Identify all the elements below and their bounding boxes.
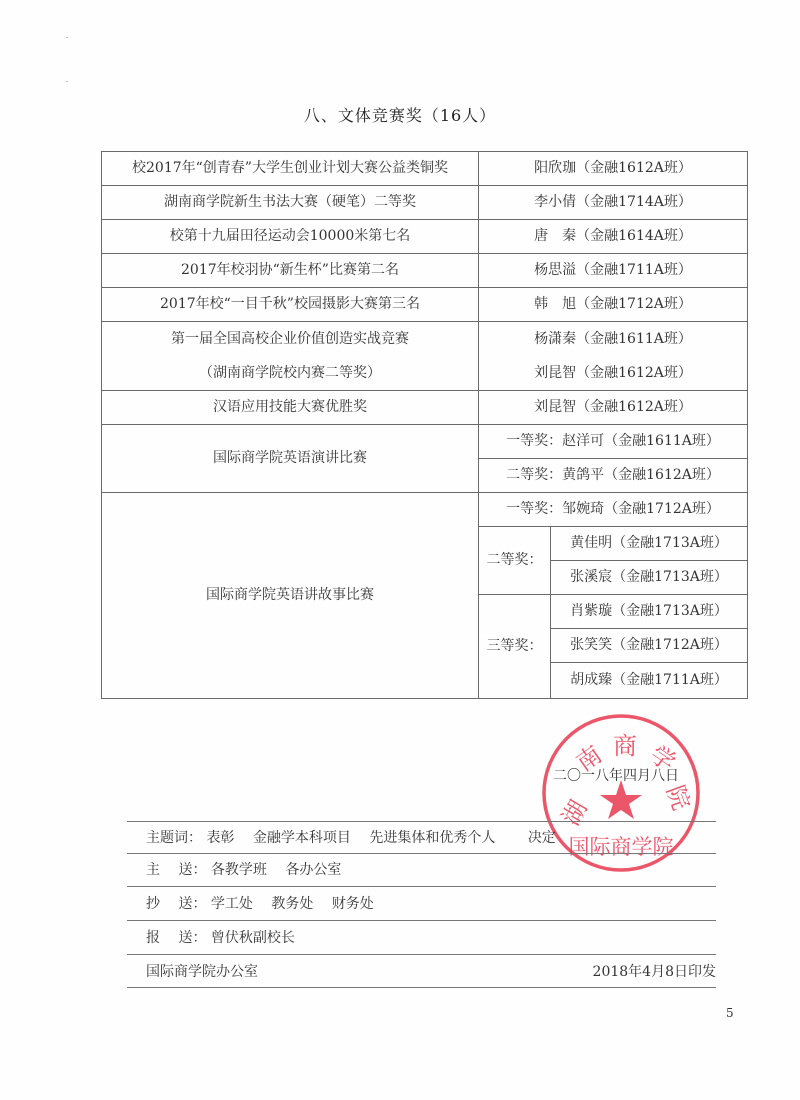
event-cell: 校第十九届田径运动会10000米第七名 <box>102 220 479 254</box>
winner-cell: 韩 旭（金融1712A班） <box>479 288 748 322</box>
keywords-row: 主题词： 表彰 金融学本科项目 先进集体和优秀个人 决定 <box>127 821 716 853</box>
winner-cell: 阳欣珈（金融1612A班） <box>479 152 748 186</box>
table-row: 2017年校“一目千秋”校园摄影大赛第三名 韩 旭（金融1712A班） <box>102 288 748 322</box>
winner-cell: 唐 秦（金融1614A班） <box>479 220 748 254</box>
prize-level-cell: 二等奖： <box>479 527 551 595</box>
event-cell: 国际商学院英语演讲比赛 <box>102 425 479 493</box>
table-row: 2017年校羽协“新生杯”比赛第二名 杨思溢（金融1711A班） <box>102 254 748 288</box>
cc-recipient: 教务处 <box>271 896 313 912</box>
scan-artifact <box>66 37 68 38</box>
winner-cell: 一等奖：邹婉琦（金融1712A班） <box>479 493 748 527</box>
recipient: 各教学班 <box>211 862 267 878</box>
section-title: 八、文体竞赛奖（16人） <box>0 103 800 126</box>
winner-cell: 张溪宸（金融1713A班） <box>551 561 748 595</box>
cc-label: 抄 <box>146 896 160 912</box>
issuer: 国际商学院办公室 <box>146 964 258 980</box>
page-number: 5 <box>726 1006 734 1020</box>
keywords-label: 主题词： <box>146 830 202 846</box>
winner-cell: 杨潇秦（金融1611A班） 刘昆智（金融1612A班） <box>479 322 748 391</box>
cc-row: 抄 送： 学工处 教务处 财务处 <box>127 886 716 920</box>
winner-line: 刘昆智（金融1612A班） <box>479 356 747 390</box>
winner-line: 杨潇秦（金融1611A班） <box>479 322 747 356</box>
awards-table: 校2017年“创青春”大学生创业计划大赛公益类铜奖 阳欣珈（金融1612A班） … <box>101 151 748 699</box>
cc-recipient: 财务处 <box>332 896 374 912</box>
recipient: 各办公室 <box>285 862 341 878</box>
report-label-suffix: 送： <box>178 930 206 946</box>
signature-date: 二〇一八年四月八日 <box>553 765 679 785</box>
winner-cell: 二等奖：黄鸽平（金融1612A班） <box>479 459 748 493</box>
main-send-label: 主 <box>146 862 160 878</box>
keyword: 金融学本科项目 <box>253 830 351 846</box>
document-footer: 主题词： 表彰 金融学本科项目 先进集体和优秀个人 决定 主 送： 各教学班 各… <box>127 821 716 988</box>
svg-text:院: 院 <box>661 782 696 814</box>
keyword: 决定 <box>528 830 556 846</box>
winner-cell: 杨思溢（金融1711A班） <box>479 254 748 288</box>
main-send-label-suffix: 送： <box>178 862 206 878</box>
event-cell: 2017年校羽协“新生杯”比赛第二名 <box>102 254 479 288</box>
winner-cell: 肖紫璇（金融1713A班） <box>551 595 748 629</box>
event-cell: 2017年校“一目千秋”校园摄影大赛第三名 <box>102 288 479 322</box>
main-send-row: 主 送： 各教学班 各办公室 <box>127 853 716 886</box>
issue-date: 2018年4月8日印发 <box>593 955 716 989</box>
event-line-2: （湖南商学院校内赛二等奖） <box>102 356 478 390</box>
table-row: 第一届全国高校企业价值创造实战竞赛 （湖南商学院校内赛二等奖） 杨潇秦（金融16… <box>102 322 748 391</box>
table-row: 湖南商学院新生书法大赛（硬笔）二等奖 李小倩（金融1714A班） <box>102 186 748 220</box>
svg-text:商: 商 <box>613 732 637 760</box>
cc-label-suffix: 送： <box>178 896 206 912</box>
report-row: 报 送： 曾伏秋副校长 <box>127 920 716 954</box>
winner-cell: 刘昆智（金融1612A班） <box>479 391 748 425</box>
winner-cell: 一等奖：赵洋可（金融1611A班） <box>479 425 748 459</box>
table-row: 国际商学院英语演讲比赛 一等奖：赵洋可（金融1611A班） <box>102 425 748 459</box>
table-row: 国际商学院英语讲故事比赛 一等奖：邹婉琦（金融1712A班） <box>102 493 748 527</box>
report-recipient: 曾伏秋副校长 <box>211 930 295 946</box>
event-cell: 国际商学院英语讲故事比赛 <box>102 493 479 699</box>
issuer-row: 国际商学院办公室 2018年4月8日印发 <box>127 954 716 988</box>
event-line-1: 第一届全国高校企业价值创造实战竞赛 <box>102 322 478 356</box>
winner-cell: 李小倩（金融1714A班） <box>479 186 748 220</box>
table-row: 校2017年“创青春”大学生创业计划大赛公益类铜奖 阳欣珈（金融1612A班） <box>102 152 748 186</box>
winner-cell: 胡成臻（金融1711A班） <box>551 663 748 699</box>
event-cell: 第一届全国高校企业价值创造实战竞赛 （湖南商学院校内赛二等奖） <box>102 322 479 391</box>
prize-level-cell: 三等奖： <box>479 595 551 699</box>
winner-cell: 黄佳明（金融1713A班） <box>551 527 748 561</box>
event-cell: 校2017年“创青春”大学生创业计划大赛公益类铜奖 <box>102 152 479 186</box>
keyword: 先进集体和优秀个人 <box>369 830 495 846</box>
table-row: 汉语应用技能大赛优胜奖 刘昆智（金融1612A班） <box>102 391 748 425</box>
event-cell: 湖南商学院新生书法大赛（硬笔）二等奖 <box>102 186 479 220</box>
table-row: 校第十九届田径运动会10000米第七名 唐 秦（金融1614A班） <box>102 220 748 254</box>
winner-cell: 张笑笑（金融1712A班） <box>551 629 748 663</box>
event-cell: 汉语应用技能大赛优胜奖 <box>102 391 479 425</box>
report-label: 报 <box>146 930 160 946</box>
keyword: 表彰 <box>206 830 234 846</box>
scan-artifact <box>66 81 68 82</box>
document-page: 八、文体竞赛奖（16人） 校2017年“创青春”大学生创业计划大赛公益类铜奖 阳… <box>0 0 800 1100</box>
cc-recipient: 学工处 <box>211 896 253 912</box>
